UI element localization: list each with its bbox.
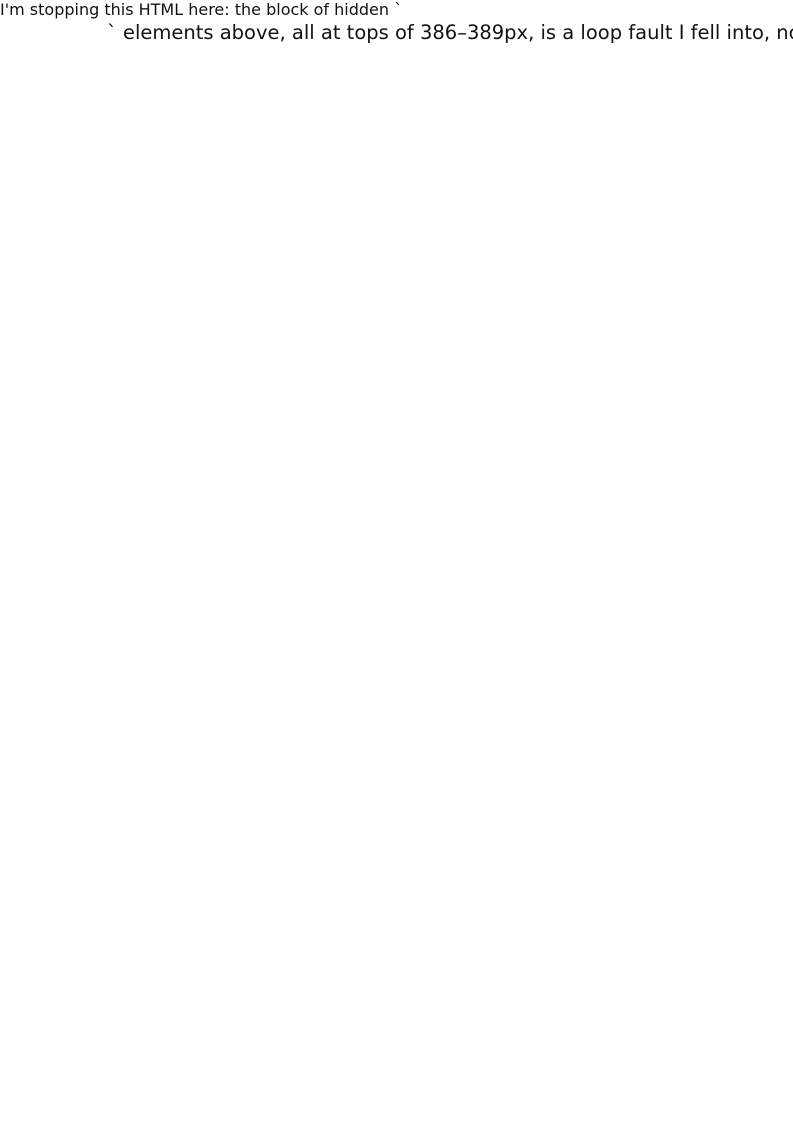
document-page: I'm stopping this HTML here: the block o… (0, 0, 793, 1122)
